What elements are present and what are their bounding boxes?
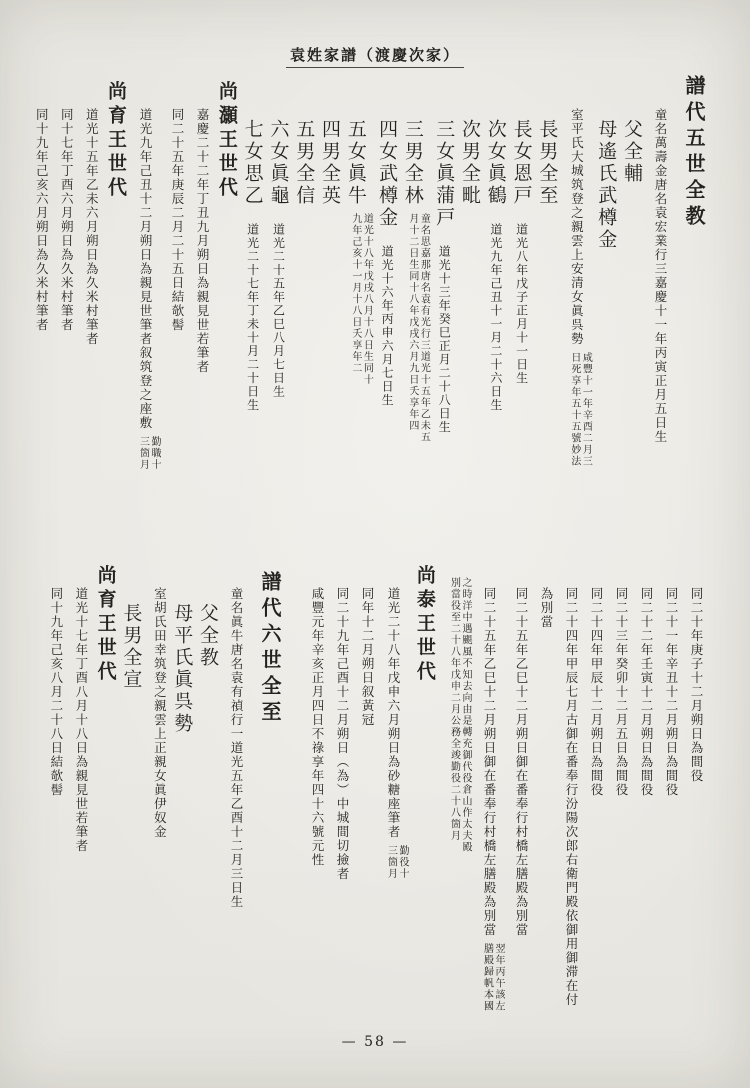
birth-date-text: 道光二十五年乙巳八月七日生: [271, 223, 285, 399]
career-record-entry: 童名萬壽金唐名袁宏業行三嘉慶十一年丙寅正月五日生: [653, 75, 668, 519]
entry-text: 同年十二月朔日叙黃冠: [360, 587, 375, 727]
family-member-entry: 五男全信: [292, 75, 315, 519]
entry-text: 咸豐元年辛亥正月四日不祿享年四十六號元性: [310, 587, 325, 867]
entry-text: 同二十四年甲辰十二月朔日為間役: [589, 587, 604, 797]
career-record-entry: 道光十七年丁酉八月十八日為親見世若筆者: [74, 563, 89, 1025]
generation-heading: 譜代六世全至: [258, 563, 282, 1025]
reign-heading: 尚育王世代: [94, 563, 117, 1025]
entry-text: 父全輔: [621, 119, 643, 185]
career-record-entry: 同二十四年甲辰七月古御在番奉行汾陽次郎右衛門殿依御用御滞在付: [564, 563, 579, 1025]
entry-text: 四女武樽金: [376, 119, 398, 229]
interlinear-annotation: 童名思嘉那唐名袁有光行三道光十五年乙未五月十二日生同十八年戊戌六月九日夭享年四: [406, 213, 429, 447]
family-member-entry: 三女眞蒲戸道光十三年癸巳正月二十八日生: [432, 75, 455, 519]
family-member-entry: 四女武樽金道光十六年丙申六月七日生: [375, 75, 398, 519]
family-member-entry: 六女眞龜道光二十五年乙巳八月七日生: [267, 75, 290, 519]
career-record-entry: 室平氏大城筑登之親雲上安清女眞呉勢咸豐十一年辛酉二月三日死享年五十五號妙法: [568, 75, 591, 519]
interlinear-annotation: 翌年丙午該左膳殿歸帆本國: [481, 943, 504, 1017]
career-record-entry: 道光二十八年戊申六月朔日為砂糖座筆者勤役十三箇月: [385, 563, 408, 1025]
scanned-genealogy-page: { "page": { "title": "袁姓家譜（渡慶次家）", "page…: [0, 0, 750, 1088]
entry-text: 同十七年丁酉六月朔日為久米村筆者: [59, 108, 74, 332]
entry-text: 同二十三年癸卯十二月五日為間役: [614, 587, 629, 797]
career-record-entry: 同二十年庚子十二月朔日為間役: [689, 563, 704, 1025]
entry-text: 同二十年庚子十二月朔日為間役: [689, 587, 704, 783]
reign-heading: 尚灝王世代: [215, 75, 238, 519]
career-record-entry: 同二十九年己酉十二月朔日（為）中城間切撿者: [335, 563, 350, 1025]
entry-text: 母遙氏武樽金: [595, 119, 617, 251]
family-member-entry: 父全輔: [620, 75, 643, 519]
family-member-entry: 父全教: [196, 563, 219, 1025]
career-record-entry: 同十九年己亥八月二十八日結欹髻: [49, 563, 64, 1025]
entry-text: 尚灝王世代: [216, 81, 238, 201]
entry-text: 五男全信: [293, 119, 315, 207]
entry-text: 道光十七年丁酉八月十八日為親見世若筆者: [74, 587, 89, 853]
entry-text: 五女眞牛: [345, 119, 367, 207]
family-member-entry: 長男全至: [536, 75, 559, 519]
generation-5-section: 譜代五世全教童名萬壽金唐名袁宏業行三嘉慶十一年丙寅正月五日生父全輔母遙氏武樽金室…: [24, 75, 706, 519]
entry-text: 六女眞龜: [267, 119, 289, 207]
career-record-entry: 同二十五年乙巳十二月朔日御在番奉行村橋左膳殿為別當: [514, 563, 529, 1025]
interlinear-annotation: 咸豐十一年辛酉二月三日死享年五十五號妙法: [568, 352, 591, 470]
entry-text: 譜代六世全至: [258, 571, 282, 727]
family-member-entry: 次女眞鶴道光九年己丑十一月二十六日生: [484, 75, 507, 519]
family-member-entry: 七女思乙道光二十七年丁未十月二十日生: [241, 75, 264, 519]
entry-text: 次男全毗: [459, 119, 481, 207]
family-member-entry: 母遙氏武樽金: [594, 75, 617, 519]
generation-6-section: 同二十年庚子十二月朔日為間役同二十一年辛丑十二月朔日為間役同二十二年壬寅十二月朔…: [39, 563, 704, 1025]
entry-text: 同二十五年乙巳十二月朔日御在番奉行村橋左膳殿為別當: [514, 587, 529, 937]
family-member-entry: 四男全英: [318, 75, 341, 519]
entry-text: 三女眞蒲戸: [433, 119, 455, 229]
entry-text: 母平氏眞呉勢: [171, 603, 193, 735]
career-record-entry: 同二十二年壬寅十二月朔日為間役: [639, 563, 654, 1025]
interlinear-annotation: 之時洋中遇颶風不知去向由是轉充御代役倉山作太夫殿別當役至二十八年戊申二月公務全竣…: [448, 577, 471, 855]
entry-text: 七女思乙: [242, 119, 264, 207]
career-record-entry: 嘉慶二十二年丁丑九月朔日為親見世若筆者: [195, 75, 210, 519]
interlinear-annotation: 道光十八年戊戌八月十八日生同十九年己亥十一月十八日夭享年二: [349, 213, 372, 389]
family-member-entry: 母平氏眞呉勢: [170, 563, 193, 1025]
entry-text: 譜代五世全教: [682, 75, 706, 231]
entry-text: 道光九年己丑十二月朔日為親見世筆者叙筑登之座敷: [138, 108, 153, 430]
entry-text: 嘉慶二十二年丁丑九月朔日為親見世若筆者: [195, 108, 210, 374]
entry-text: 為別當: [539, 587, 554, 629]
career-record-entry: 同十九年己亥六月朔日為久米村筆者: [34, 75, 49, 519]
entry-text: 室胡氏田幸筑登之親雲上正親女眞伊奴金: [152, 587, 167, 839]
entry-text: 同二十一年辛丑十二月朔日為間役: [664, 587, 679, 797]
interlinear-annotation: 勤職十三箇月: [137, 436, 160, 476]
reign-heading: 尚育王世代: [104, 75, 127, 519]
page-number: — 58 —: [342, 1034, 409, 1050]
career-record-entry: 同二十一年辛丑十二月朔日為間役: [664, 563, 679, 1025]
career-record-entry: 道光十五年乙未六月朔日為久米村筆者: [84, 75, 99, 519]
entry-text: 同二十九年己酉十二月朔日（為）中城間切撿者: [335, 587, 350, 881]
entry-text: 尚育王世代: [105, 81, 127, 201]
career-record-entry: 同二十四年甲辰十二月朔日為間役: [589, 563, 604, 1025]
entry-text: 同二十五年乙巳十二月朔日御在番奉行村橋左膳殿為別當: [482, 587, 497, 937]
career-record-entry: 同二十五年庚辰二月二十五日結欹髻: [170, 75, 185, 519]
entry-text: 父全教: [197, 603, 219, 669]
career-record-entry: 道光九年己丑十二月朔日為親見世筆者叙筑登之座敷勤職十三箇月: [137, 75, 160, 519]
entry-text: 長男全宣: [120, 603, 142, 691]
book-title: 袁姓家譜（渡慶次家）: [286, 44, 464, 68]
career-record-entry: 同二十五年乙巳十二月朔日御在番奉行村橋左膳殿為別當翌年丙午該左膳殿歸帆本國: [481, 563, 504, 1025]
career-record-entry: 童名眞牛唐名袁有禎行一道光五年乙酉十二月三日生: [229, 563, 244, 1025]
family-member-entry: 五女眞牛道光十八年戊戌八月十八日生同十九年己亥十一月十八日夭享年二: [344, 75, 372, 519]
family-member-entry: 長女恩戸道光八年戊子正月十一日生: [510, 75, 533, 519]
entry-text: 道光十五年乙未六月朔日為久米村筆者: [84, 108, 99, 346]
entry-text: 四男全英: [319, 119, 341, 207]
career-record-entry: 同二十三年癸卯十二月五日為間役: [614, 563, 629, 1025]
entry-text: 室平氏大城筑登之親雲上安清女眞呉勢: [569, 108, 584, 346]
entry-text: 次女眞鶴: [485, 119, 507, 207]
birth-date-text: 道光十三年癸巳正月二十八日生: [437, 245, 451, 434]
birth-date-text: 道光九年己丑十一月二十六日生: [489, 223, 503, 412]
entry-text: 童名萬壽金唐名袁宏業行三嘉慶十一年丙寅正月五日生: [653, 108, 668, 444]
birth-date-text: 道光二十七年丁未十月二十日生: [246, 223, 260, 412]
entry-text: 同二十二年壬寅十二月朔日為間役: [639, 587, 654, 797]
entry-text: 三男全林: [402, 119, 424, 207]
family-member-entry: 次男全毗: [458, 75, 481, 519]
annotation-column: 之時洋中遇颶風不知去向由是轉充御代役倉山作太夫殿別當役至二十八年戊申二月公務全竣…: [446, 563, 471, 1025]
birth-date-text: 道光八年戊子正月十一日生: [515, 223, 529, 385]
career-record-entry: 同十七年丁酉六月朔日為久米村筆者: [59, 75, 74, 519]
entry-text: 同二十五年庚辰二月二十五日結欹髻: [170, 108, 185, 332]
family-member-entry: 三男全林童名思嘉那唐名袁有光行三道光十五年乙未五月十二日生同十八年戊戌六月九日夭…: [401, 75, 429, 519]
career-record-entry: 咸豐元年辛亥正月四日不祿享年四十六號元性: [310, 563, 325, 1025]
entry-text: 同十九年己亥六月朔日為久米村筆者: [34, 108, 49, 332]
entry-text: 童名眞牛唐名袁有禎行一道光五年乙酉十二月三日生: [229, 587, 244, 909]
entry-text: 長男全至: [536, 119, 558, 207]
family-member-entry: 長男全宣: [120, 563, 143, 1025]
entry-text: 同二十四年甲辰七月古御在番奉行汾陽次郎右衛門殿依御用御滞在付: [564, 587, 579, 1007]
entry-text: 同十九年己亥八月二十八日結欹髻: [49, 587, 64, 797]
entry-text: 長女恩戸: [511, 119, 533, 207]
generation-heading: 譜代五世全教: [682, 75, 706, 519]
entry-text: 尚泰王世代: [414, 565, 436, 685]
reign-heading: 尚泰王世代: [413, 563, 436, 1025]
career-record-entry: 室胡氏田幸筑登之親雲上正親女眞伊奴金: [152, 563, 167, 1025]
birth-date-text: 道光十六年丙申六月七日生: [380, 245, 394, 407]
interlinear-annotation: 勤役十三箇月: [385, 845, 408, 885]
career-record-entry: 為別當: [539, 563, 554, 1025]
career-record-entry: 同年十二月朔日叙黃冠: [360, 563, 375, 1025]
entry-text: 尚育王世代: [95, 565, 117, 685]
entry-text: 道光二十八年戊申六月朔日為砂糖座筆者: [386, 587, 401, 839]
